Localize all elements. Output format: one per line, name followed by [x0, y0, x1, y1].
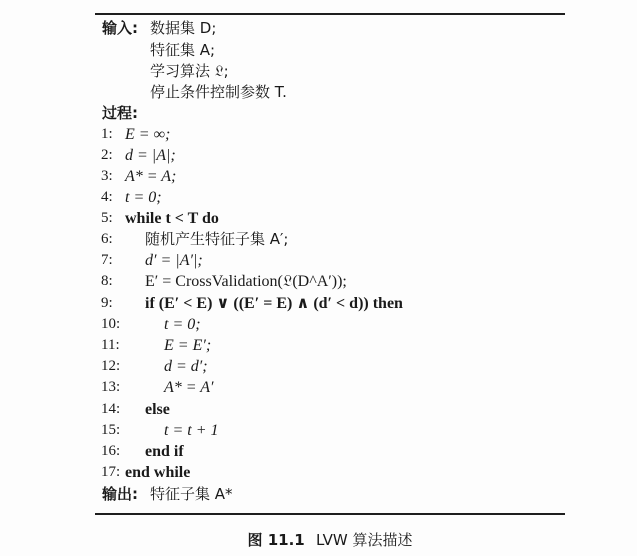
step-code: E = E′; — [164, 335, 211, 356]
step-number: 11: — [101, 335, 121, 356]
step-code: A* = A′ — [164, 377, 214, 398]
figure-caption: 图 11.1 LVW 算法描述 — [0, 530, 637, 551]
output-label: 输出: — [102, 484, 138, 505]
step-number: 3: — [101, 166, 121, 187]
step-number: 1: — [101, 124, 121, 145]
step-code: d = d′; — [164, 356, 208, 377]
bottom-rule — [95, 513, 565, 515]
step-code: A* = A; — [125, 166, 176, 187]
input-featureset: 特征集 A; — [150, 40, 215, 61]
process-label: 过程: — [102, 103, 138, 124]
step-code: d′ = |A′|; — [145, 250, 203, 271]
step-code: t = t + 1 — [164, 420, 218, 441]
step-code: t = 0; — [164, 314, 201, 335]
input-stop-param: 停止条件控制参数 T. — [150, 82, 287, 103]
step-code-else: else — [145, 399, 170, 420]
input-dataset: 数据集 D; — [150, 18, 216, 39]
step-number: 17: — [101, 462, 121, 483]
figure-title: LVW 算法描述 — [316, 531, 413, 549]
step-code-if: if (E′ < E) ∨ ((E′ = E) ∧ (d′ < d)) then — [145, 293, 403, 314]
step-number: 14: — [101, 399, 121, 420]
step-number: 12: — [101, 356, 121, 377]
step-code-endif: end if — [145, 441, 184, 462]
step-number: 6: — [101, 229, 121, 250]
step-number: 2: — [101, 145, 121, 166]
step-code: E = ∞; — [125, 124, 170, 145]
step-number: 5: — [101, 208, 121, 229]
input-label: 输入: — [102, 18, 138, 39]
step-number: 8: — [101, 271, 121, 292]
step-code-endwhile: end while — [125, 462, 190, 483]
step-code: E′ = CrossValidation(𝔏(D^A′)); — [145, 271, 347, 292]
step-code: t = 0; — [125, 187, 162, 208]
output-value: 特征子集 A* — [150, 484, 233, 505]
step-number: 7: — [101, 250, 121, 271]
step-number: 13: — [101, 377, 121, 398]
step-code: d = |A|; — [125, 145, 176, 166]
step-number: 15: — [101, 420, 121, 441]
step-number: 16: — [101, 441, 121, 462]
input-learner: 学习算法 𝔏; — [150, 61, 229, 82]
top-rule — [95, 13, 565, 15]
step-number: 4: — [101, 187, 121, 208]
step-code-while: while t < T do — [125, 208, 219, 229]
step-number: 9: — [101, 293, 121, 314]
step-number: 10: — [101, 314, 121, 335]
figure-number: 图 11.1 — [247, 531, 304, 549]
step-code: 随机产生特征子集 A′; — [145, 229, 289, 250]
